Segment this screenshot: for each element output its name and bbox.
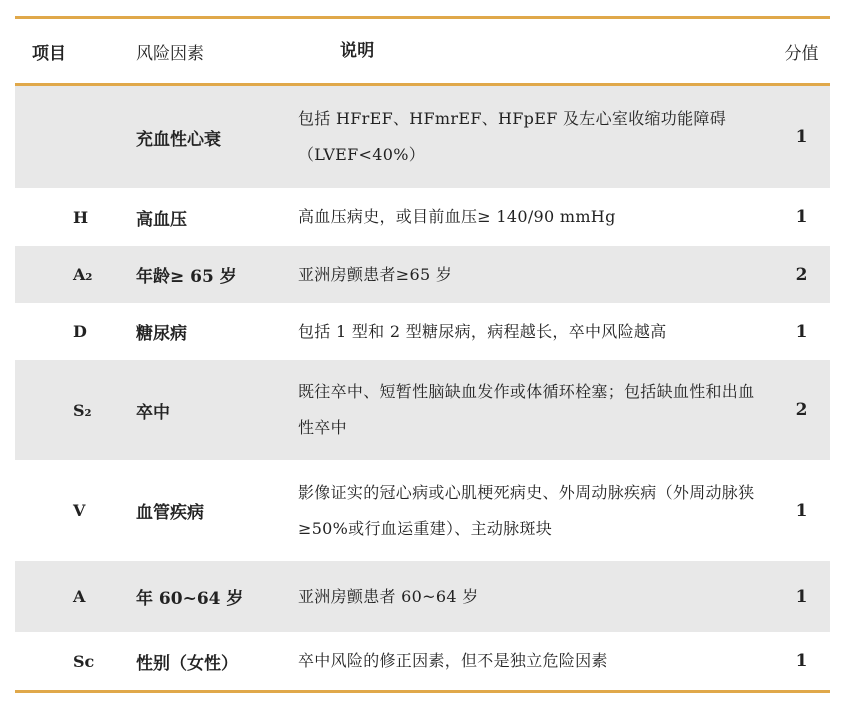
row-description: 既往卒中、短暂性脑缺血发作或体循环栓塞；包括缺血性和出血性卒中 [280,374,755,446]
row-description: 影像证实的冠心病或心肌梗死病史、外周动脉疾病（外周动脉狭≥50%或行血运重建）、… [280,475,755,547]
row-score: 1 [755,651,830,671]
row-description: 包括 HFrEF、HFmrEF、HFpEF 及左心室收缩功能障碍（LVEF<40… [280,101,755,173]
table-row: V 血管疾病 影像证实的冠心病或心肌梗死病史、外周动脉疾病（外周动脉狭≥50%或… [15,460,830,561]
row-code: D [15,322,120,341]
row-code: H [15,208,120,227]
table-row: D 糖尿病 包括 1 型和 2 型糖尿病，病程越长，卒中风险越高 1 [15,303,830,360]
row-code: V [15,501,120,520]
row-score: 1 [755,501,830,521]
row-score: 1 [755,322,830,342]
table-row: S₂ 卒中 既往卒中、短暂性脑缺血发作或体循环栓塞；包括缺血性和出血性卒中 2 [15,360,830,460]
row-code: Sc [15,652,120,671]
row-factor: 血管疾病 [120,498,280,523]
header-description: 说明 [280,33,755,69]
row-factor: 性别（女性） [120,649,280,674]
table-row: Sc 性别（女性） 卒中风险的修正因素，但不是独立危险因素 1 [15,632,830,690]
row-score: 1 [755,127,830,147]
risk-score-table: 项目 风险因素 说明 分值 充血性心衰 包括 HFrEF、HFmrEF、HFpE… [15,16,830,693]
row-score: 2 [755,400,830,420]
table-row: A 年 60~64 岁 亚洲房颤患者 60~64 岁 1 [15,561,830,632]
row-score: 1 [755,207,830,227]
header-score: 分值 [755,39,830,64]
row-description: 卒中风险的修正因素，但不是独立危险因素 [280,643,755,679]
row-description: 高血压病史，或目前血压≥ 140/90 mmHg [280,199,755,235]
row-factor: 年 60~64 岁 [120,584,280,609]
row-description: 亚洲房颤患者 60~64 岁 [280,579,755,615]
row-factor: 糖尿病 [120,319,280,344]
row-factor: 年龄≥ 65 岁 [120,262,280,287]
table-row: A₂ 年龄≥ 65 岁 亚洲房颤患者≥65 岁 2 [15,246,830,303]
row-score: 2 [755,265,830,285]
row-factor: 充血性心衰 [120,125,280,150]
row-score: 1 [755,587,830,607]
table-row: 充血性心衰 包括 HFrEF、HFmrEF、HFpEF 及左心室收缩功能障碍（L… [15,86,830,188]
header-code: 项目 [15,39,120,64]
table-row: H 高血压 高血压病史，或目前血压≥ 140/90 mmHg 1 [15,188,830,246]
row-description: 包括 1 型和 2 型糖尿病，病程越长，卒中风险越高 [280,314,755,350]
row-description: 亚洲房颤患者≥65 岁 [280,257,755,293]
table-header-row: 项目 风险因素 说明 分值 [15,19,830,86]
row-factor: 高血压 [120,205,280,230]
row-code: S₂ [15,401,120,420]
row-code: A [15,587,120,606]
row-factor: 卒中 [120,398,280,423]
row-code: A₂ [15,265,120,284]
header-factor: 风险因素 [120,39,280,64]
